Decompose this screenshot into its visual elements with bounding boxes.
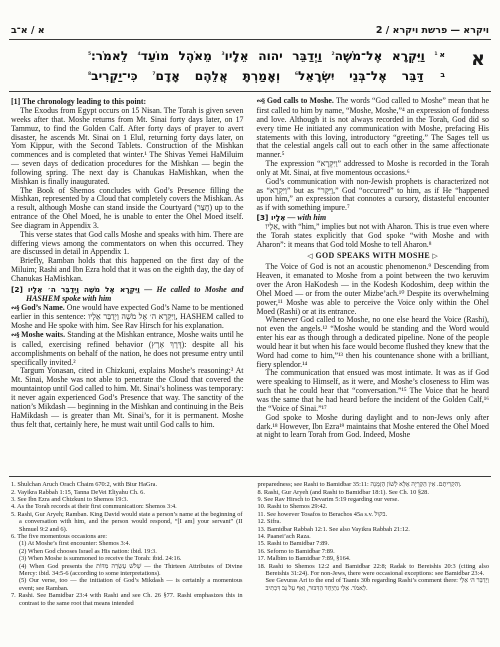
commentary-paragraph: The communication that ensued was most i… — [257, 369, 490, 413]
verse-number: א — [440, 50, 445, 59]
footnote: 1. Shulchan Aruch Orach Chaim 670:2, wit… — [11, 481, 243, 488]
commentary-columns: [1] The chronology leading to this point… — [0, 92, 500, 473]
header-verse-ref: א / א־ב — [11, 25, 45, 36]
commentary-paragraph: Whenever God called to Moshe, no one els… — [257, 316, 490, 369]
verse-line: א1 וַיִּקְרָא אֶל־מֹשֶׁה2 וַיְדַבֵּר יהו… — [88, 47, 445, 67]
commentary-paragraph: This verse states that God calls Moshe a… — [11, 231, 244, 258]
footnote: 4. As the Torah records at their first c… — [11, 503, 243, 510]
comment-leaf-icon: ∾§ — [257, 98, 265, 105]
verse-text: לֵאמֹר׃ — [91, 49, 128, 63]
section-heading: ◁ GOD SPEAKS WITH MOSHE ▷ — [257, 252, 490, 261]
footnote: 13. Bamidbar Rabbah 12:1. See also Vayik… — [258, 526, 490, 533]
footnote: 12. Sifra. — [258, 518, 490, 525]
ornament-right-icon: ▷ — [432, 252, 438, 260]
ornament-left-icon: ◁ — [307, 252, 313, 260]
heading-hebrew: [3] אֵלָיו — [257, 213, 286, 222]
chapter-letter: א — [471, 48, 485, 70]
commentary-paragraph: Briefly, Ramban holds that this happened… — [11, 257, 244, 284]
verse-text: וְאָמַרְתָּ אֲלֵהֶם אָדָם — [156, 69, 281, 83]
footnotes: 1. Shulchan Aruch Orach Chaim 670:2, wit… — [0, 477, 500, 607]
verse-text: דַּבֵּר אֶל־בְּנֵי יִשְׂרָאֵל — [298, 69, 424, 83]
commentary-paragraph: ∾§ God’s Name. One would have expected G… — [11, 304, 244, 332]
book-page: א / א־ב ויקרא — פרשת ויקרא / 2 א א1 וַיִ… — [0, 0, 500, 647]
commentary-paragraph: God’s communication with non-Jewish prop… — [257, 178, 490, 213]
heading-translation: — with him — [286, 213, 327, 222]
comment-leaf-icon: ∾§ — [11, 332, 19, 339]
footnote: 7. Rashi. See Bamidbar 23:4 with Rashi a… — [11, 592, 243, 607]
footnote: 11. See however Tosafos to Berachos 45a … — [258, 511, 490, 518]
footnote-column-left: 1. Shulchan Aruch Orach Chaim 670:2, wit… — [11, 481, 243, 607]
footnote: 16. Seforno to Bamidbar 7:89. — [258, 548, 490, 555]
commentary-paragraph: The expression “וַיִּקְרָא” addressed to… — [257, 160, 490, 178]
comment-leaf-icon: ∾§ — [11, 305, 19, 312]
section-title: GOD SPEAKS WITH MOSHE — [315, 251, 430, 260]
verse-marker: 1 — [434, 52, 437, 57]
hebrew-verse-block: א1 וַיִּקְרָא אֶל־מֹשֶׁה2 וַיְדַבֵּר יהו… — [88, 47, 445, 86]
comment-lead: Moshe waits. — [21, 330, 65, 339]
page-header: א / א־ב ויקרא — פרשת ויקרא / 2 — [0, 0, 500, 39]
footnote: 3. See Ibn Ezra and Chizkuni to Shemos 1… — [11, 496, 243, 503]
commentary-paragraph: The Book of Shemos concludes with God’s … — [11, 187, 244, 231]
footnote-continuation: preparedness; see Rashi to Bamidbar 35:1… — [258, 481, 490, 488]
heading-hebrew: [2] וַיִּקְרָא אֶל מֹשֶׁה וַיְדַבֵּר ה׳ … — [11, 285, 140, 294]
comment-heading-2: [2] וַיִּקְרָא אֶל מֹשֶׁה וַיְדַבֵּר ה׳ … — [11, 286, 244, 304]
footnote: 17. Malbim to Bamidbar 7:89, §164. — [258, 555, 490, 562]
commentary-column-left: [1] The chronology leading to this point… — [11, 97, 244, 473]
verse-text: וַיִּקְרָא אֶל־מֹשֶׁה — [335, 49, 425, 63]
verse-text: כִּי־יַקְרִיב — [91, 69, 137, 83]
footnote: 10. Rashi to Shemos 29:42. — [258, 503, 490, 510]
footnote-column-right: preparedness; see Rashi to Bamidbar 35:1… — [258, 481, 490, 607]
footnote: 18. Rashi to Shemos 12:2 and Bamidbar 22… — [258, 563, 490, 593]
commentary-column-right: ∾§ God calls to Moshe. The words “God ca… — [257, 97, 490, 473]
footnote: 6. The five momentous occasions are: (1)… — [11, 533, 243, 592]
commentary-paragraph: אֵלָיו, with “him,” implies but not with… — [257, 223, 490, 250]
footnote: 2. Vayikra Rabbah 1:15, Tanna DeVei Eliy… — [11, 489, 243, 496]
verse-number: ב — [440, 70, 445, 79]
commentary-paragraph: Targum Yonasan, cited in Chizkuni, expla… — [11, 367, 244, 429]
commentary-paragraph: The Voice of God is not an acoustic phen… — [257, 263, 490, 316]
comment-lead: God’s Name. — [21, 303, 65, 312]
commentary-paragraph: ∾§ God calls to Moshe. The words “God ca… — [257, 97, 490, 160]
footnote: 9. See Rav Hirsch to Devarim 5:19 regard… — [258, 496, 490, 503]
footnote: 8. Rashi, Gur Aryeh (and Rashi to Bamidb… — [258, 489, 490, 496]
footnote: 14. Paanei’ach Raza. — [258, 533, 490, 540]
verse-text: מֵאֹהֶל מוֹעֵד — [141, 49, 212, 63]
footnote: 5. Rashi, Gur Aryeh; Ramban. King David … — [11, 511, 243, 533]
commentary-paragraph: ∾§ Moshe waits. Standing at the Mishkan … — [11, 331, 244, 367]
verse-line: ב דַּבֵּר אֶל־בְּנֵי יִשְׂרָאֵל6 וְאָמַר… — [88, 67, 445, 87]
commentary-paragraph: The Exodus from Egypt occurs on 15 Nisan… — [11, 107, 244, 187]
comment-lead: God calls to Moshe. — [267, 96, 334, 105]
commentary-paragraph: God spoke to Moshe during daylight and t… — [257, 414, 490, 441]
comment-text: The words “God called to Moshe” mean tha… — [257, 96, 490, 159]
verse-text: וַיְדַבֵּר יהוה אֵלָיו — [225, 49, 322, 63]
footnote: 15. Rashi to Bamidbar 7:89. — [258, 540, 490, 547]
header-divider — [9, 39, 491, 40]
header-parshah-title: ויקרא — פרשת ויקרא / 2 — [376, 25, 489, 36]
